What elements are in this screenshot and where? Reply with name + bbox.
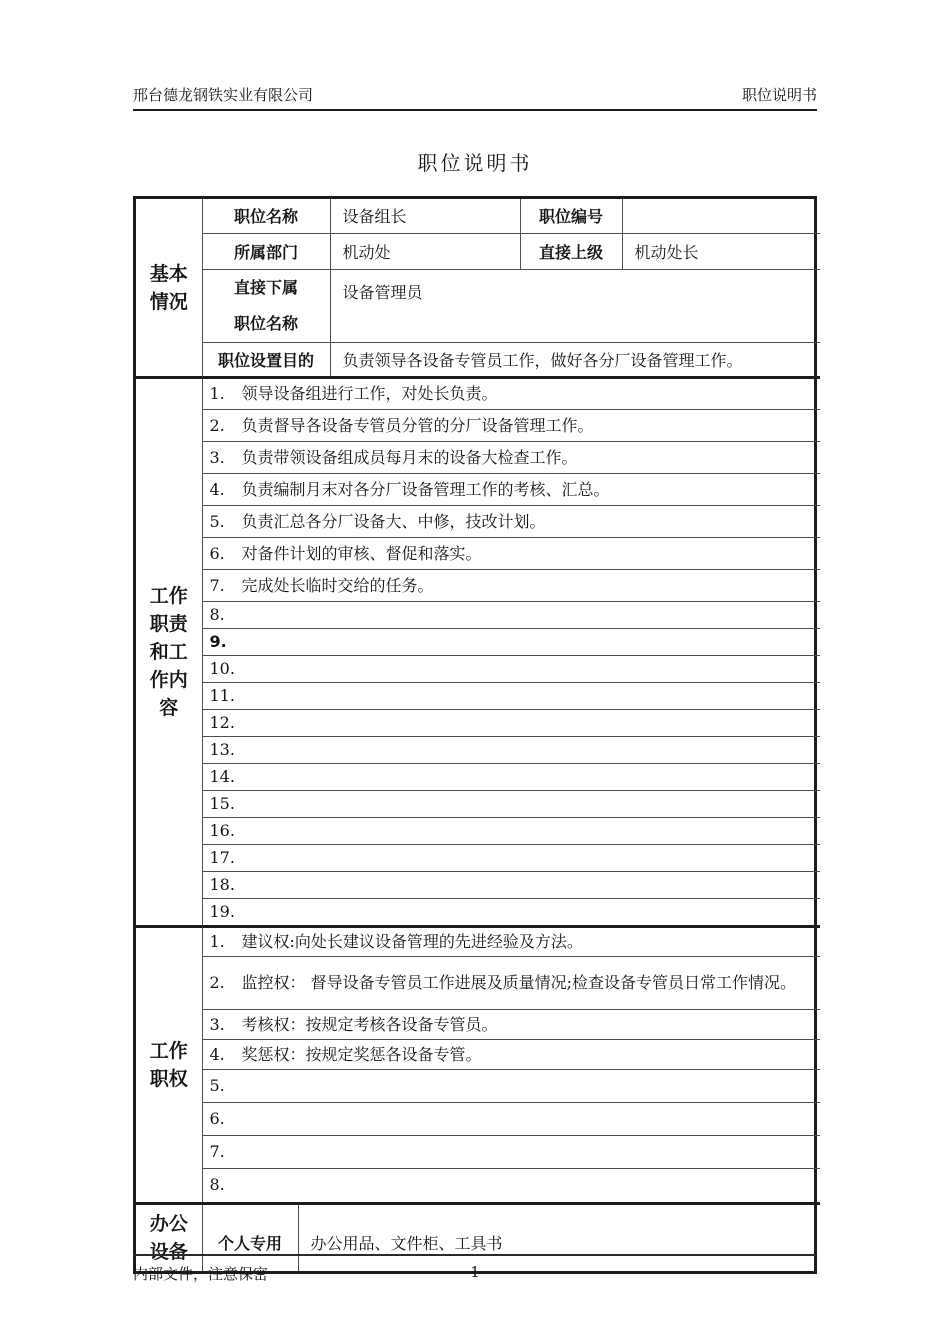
duty-row-cell: 2.负责督导各设备专管员分管的分厂设备管理工作。 — [202, 410, 820, 442]
duty-row-text: 对备件计划的审核、督促和落实。 — [242, 544, 482, 563]
duty-row-text: 负责编制月末对各分厂设备管理工作的考核、汇总。 — [242, 480, 610, 499]
authority-row-cell: 5. — [202, 1070, 820, 1103]
table-row: 所属部门 机动处 直接上级 机动处长 — [136, 233, 820, 269]
duty-row-text: 负责带领设备组成员每月末的设备大检查工作。 — [242, 448, 578, 467]
duties-section-label: 工作职责和工作内容 — [136, 378, 202, 926]
duty-row: 4.负责编制月末对各分厂设备管理工作的考核、汇总。 — [136, 474, 820, 506]
duty-row-number: 5. — [210, 509, 242, 535]
duty-row-cell: 11. — [202, 683, 820, 710]
duty-row: 14. — [136, 764, 820, 791]
duty-row-cell: 1.领导设备组进行工作，对处长负责。 — [202, 378, 820, 410]
purpose-label: 职位设置目的 — [202, 342, 330, 376]
duty-row-cell: 16. — [202, 818, 820, 845]
duty-row: 12. — [136, 710, 820, 737]
department-value: 机动处 — [330, 233, 520, 269]
authority-row-cell: 7. — [202, 1136, 820, 1169]
basic-info-section-label: 基本情况 — [136, 199, 202, 376]
table-row: 直接下属职位名称 设备管理员 — [136, 269, 820, 342]
duty-row-number: 8. — [210, 602, 242, 628]
authority-row-number: 8. — [210, 1172, 242, 1198]
duty-row-cell: 19. — [202, 899, 820, 926]
position-code-value — [622, 199, 820, 233]
header-company: 邢台德龙钢铁实业有限公司 — [133, 84, 313, 105]
position-name-value: 设备组长 — [330, 199, 520, 233]
duty-row-text: 领导设备组进行工作，对处长负责。 — [242, 384, 498, 403]
authority-row: 8. — [136, 1169, 820, 1202]
duty-row-number: 15. — [210, 791, 242, 817]
duty-row: 工作职责和工作内容1.领导设备组进行工作，对处长负责。 — [136, 378, 820, 410]
page-header: 邢台德龙钢铁实业有限公司 职位说明书 — [133, 0, 817, 111]
duty-row-cell: 6.对备件计划的审核、督促和落实。 — [202, 538, 820, 570]
duty-row-number: 11. — [210, 683, 242, 709]
authority-section: 工作职权1.建议权:向处长建议设备管理的先进经验及方法。2.监控权： 督导设备专… — [136, 925, 820, 1202]
authority-row-text: 奖惩权：按规定奖惩各设备专管。 — [242, 1045, 482, 1064]
duty-row-number: 10. — [210, 656, 242, 682]
authority-row-text: 建议权:向处长建议设备管理的先进经验及方法。 — [242, 932, 583, 951]
duty-row-cell: 13. — [202, 737, 820, 764]
duty-row-cell: 15. — [202, 791, 820, 818]
duty-row: 19. — [136, 899, 820, 926]
authority-row-cell: 1.建议权:向处长建议设备管理的先进经验及方法。 — [202, 927, 820, 957]
table-row: 基本情况 职位名称 设备组长 职位编号 — [136, 199, 820, 233]
duty-row-number: 2. — [210, 413, 242, 439]
position-code-label: 职位编号 — [520, 199, 622, 233]
position-name-label: 职位名称 — [202, 199, 330, 233]
authority-row: 4.奖惩权：按规定奖惩各设备专管。 — [136, 1040, 820, 1070]
duty-row-number: 13. — [210, 737, 242, 763]
duty-row-cell: 14. — [202, 764, 820, 791]
duty-row: 16. — [136, 818, 820, 845]
page-number: - 1 - — [133, 1263, 817, 1281]
duties-section-label-text: 工作职责和工作内容 — [149, 582, 189, 722]
duty-row-number: 14. — [210, 764, 242, 790]
duty-row-cell: 18. — [202, 872, 820, 899]
duty-row: 3.负责带领设备组成员每月末的设备大检查工作。 — [136, 442, 820, 474]
duty-row-cell: 9. — [202, 629, 820, 656]
subordinate-value: 设备管理员 — [330, 269, 820, 342]
duty-row-number: 18. — [210, 872, 242, 898]
duty-row-number: 3. — [210, 445, 242, 471]
duty-row-number: 6. — [210, 541, 242, 567]
duty-row-cell: 10. — [202, 656, 820, 683]
authority-row-text: 监控权： 督导设备专管员工作进展及质量情况;检查设备专管员日常工作情况。 — [242, 973, 796, 992]
purpose-value: 负责领导各设备专管员工作，做好各分厂设备管理工作。 — [330, 342, 820, 376]
authority-row-number: 1. — [210, 929, 242, 955]
supervisor-value: 机动处长 — [622, 233, 820, 269]
duty-row: 18. — [136, 872, 820, 899]
duty-row-number: 17. — [210, 845, 242, 871]
duty-row-cell: 7.完成处长临时交给的任务。 — [202, 570, 820, 602]
authority-row-cell: 8. — [202, 1169, 820, 1202]
duty-row-cell: 5.负责汇总各分厂设备大、中修，技改计划。 — [202, 506, 820, 538]
table-row: 职位设置目的 负责领导各设备专管员工作，做好各分厂设备管理工作。 — [136, 342, 820, 376]
duty-row: 15. — [136, 791, 820, 818]
authority-row-cell: 6. — [202, 1103, 820, 1136]
duty-row: 11. — [136, 683, 820, 710]
document-page: 邢台德龙钢铁实业有限公司 职位说明书 职位说明书 基本情况 职位名称 设备组长 … — [0, 0, 950, 1344]
authority-row: 5. — [136, 1070, 820, 1103]
duty-row-number: 16. — [210, 818, 242, 844]
duty-row-text: 完成处长临时交给的任务。 — [242, 576, 434, 595]
duty-row-cell: 12. — [202, 710, 820, 737]
duty-row: 2.负责督导各设备专管员分管的分厂设备管理工作。 — [136, 410, 820, 442]
duty-row: 17. — [136, 845, 820, 872]
authority-section-label-text: 工作职权 — [149, 1037, 189, 1093]
authority-row-number: 6. — [210, 1106, 242, 1132]
duty-row-number: 9. — [210, 629, 242, 655]
duty-row-text: 负责督导各设备专管员分管的分厂设备管理工作。 — [242, 416, 594, 435]
header-doc-type: 职位说明书 — [742, 84, 817, 105]
authority-row: 工作职权1.建议权:向处长建议设备管理的先进经验及方法。 — [136, 927, 820, 957]
duty-row-number: 1. — [210, 381, 242, 407]
duty-row-cell: 8. — [202, 602, 820, 629]
authority-row: 6. — [136, 1103, 820, 1136]
duty-row: 13. — [136, 737, 820, 764]
duties-section: 工作职责和工作内容1.领导设备组进行工作，对处长负责。2.负责督导各设备专管员分… — [136, 376, 820, 925]
document-title: 职位说明书 — [133, 147, 817, 176]
authority-row-number: 5. — [210, 1073, 242, 1099]
authority-row-number: 4. — [210, 1042, 242, 1068]
authority-row: 3.考核权：按规定考核各设备专管员。 — [136, 1010, 820, 1040]
authority-row-cell: 2.监控权： 督导设备专管员工作进展及质量情况;检查设备专管员日常工作情况。 — [202, 957, 820, 1010]
duty-row-text: 负责汇总各分厂设备大、中修，技改计划。 — [242, 512, 546, 531]
authority-row-number: 3. — [210, 1012, 242, 1038]
page-footer: 内部文件，注意保密 - 1 - — [133, 1254, 817, 1284]
duty-row-cell: 17. — [202, 845, 820, 872]
department-label: 所属部门 — [202, 233, 330, 269]
authority-row: 2.监控权： 督导设备专管员工作进展及质量情况;检查设备专管员日常工作情况。 — [136, 957, 820, 1010]
duty-row: 9. — [136, 629, 820, 656]
duty-row-number: 19. — [210, 899, 242, 925]
authority-row-cell: 4.奖惩权：按规定奖惩各设备专管。 — [202, 1040, 820, 1070]
authority-row: 7. — [136, 1136, 820, 1169]
duty-row-number: 7. — [210, 573, 242, 599]
duty-row-number: 12. — [210, 710, 242, 736]
authority-section-label: 工作职权 — [136, 927, 202, 1202]
duty-row: 6.对备件计划的审核、督促和落实。 — [136, 538, 820, 570]
subordinate-label: 直接下属职位名称 — [202, 269, 330, 342]
authority-row-cell: 3.考核权：按规定考核各设备专管员。 — [202, 1010, 820, 1040]
basic-info-section: 基本情况 职位名称 设备组长 职位编号 所属部门 机动处 直接上级 机动处长 — [136, 199, 820, 376]
authority-row-text: 考核权：按规定考核各设备专管员。 — [242, 1015, 498, 1034]
duty-row: 7.完成处长临时交给的任务。 — [136, 570, 820, 602]
duty-row-cell: 4.负责编制月末对各分厂设备管理工作的考核、汇总。 — [202, 474, 820, 506]
duty-row: 10. — [136, 656, 820, 683]
supervisor-label: 直接上级 — [520, 233, 622, 269]
duty-row-cell: 3.负责带领设备组成员每月末的设备大检查工作。 — [202, 442, 820, 474]
authority-row-number: 2. — [210, 970, 242, 996]
duty-row: 5.负责汇总各分厂设备大、中修，技改计划。 — [136, 506, 820, 538]
job-description-table: 基本情况 职位名称 设备组长 职位编号 所属部门 机动处 直接上级 机动处长 — [133, 196, 817, 1274]
authority-row-number: 7. — [210, 1139, 242, 1165]
duty-row: 8. — [136, 602, 820, 629]
duty-row-number: 4. — [210, 477, 242, 503]
